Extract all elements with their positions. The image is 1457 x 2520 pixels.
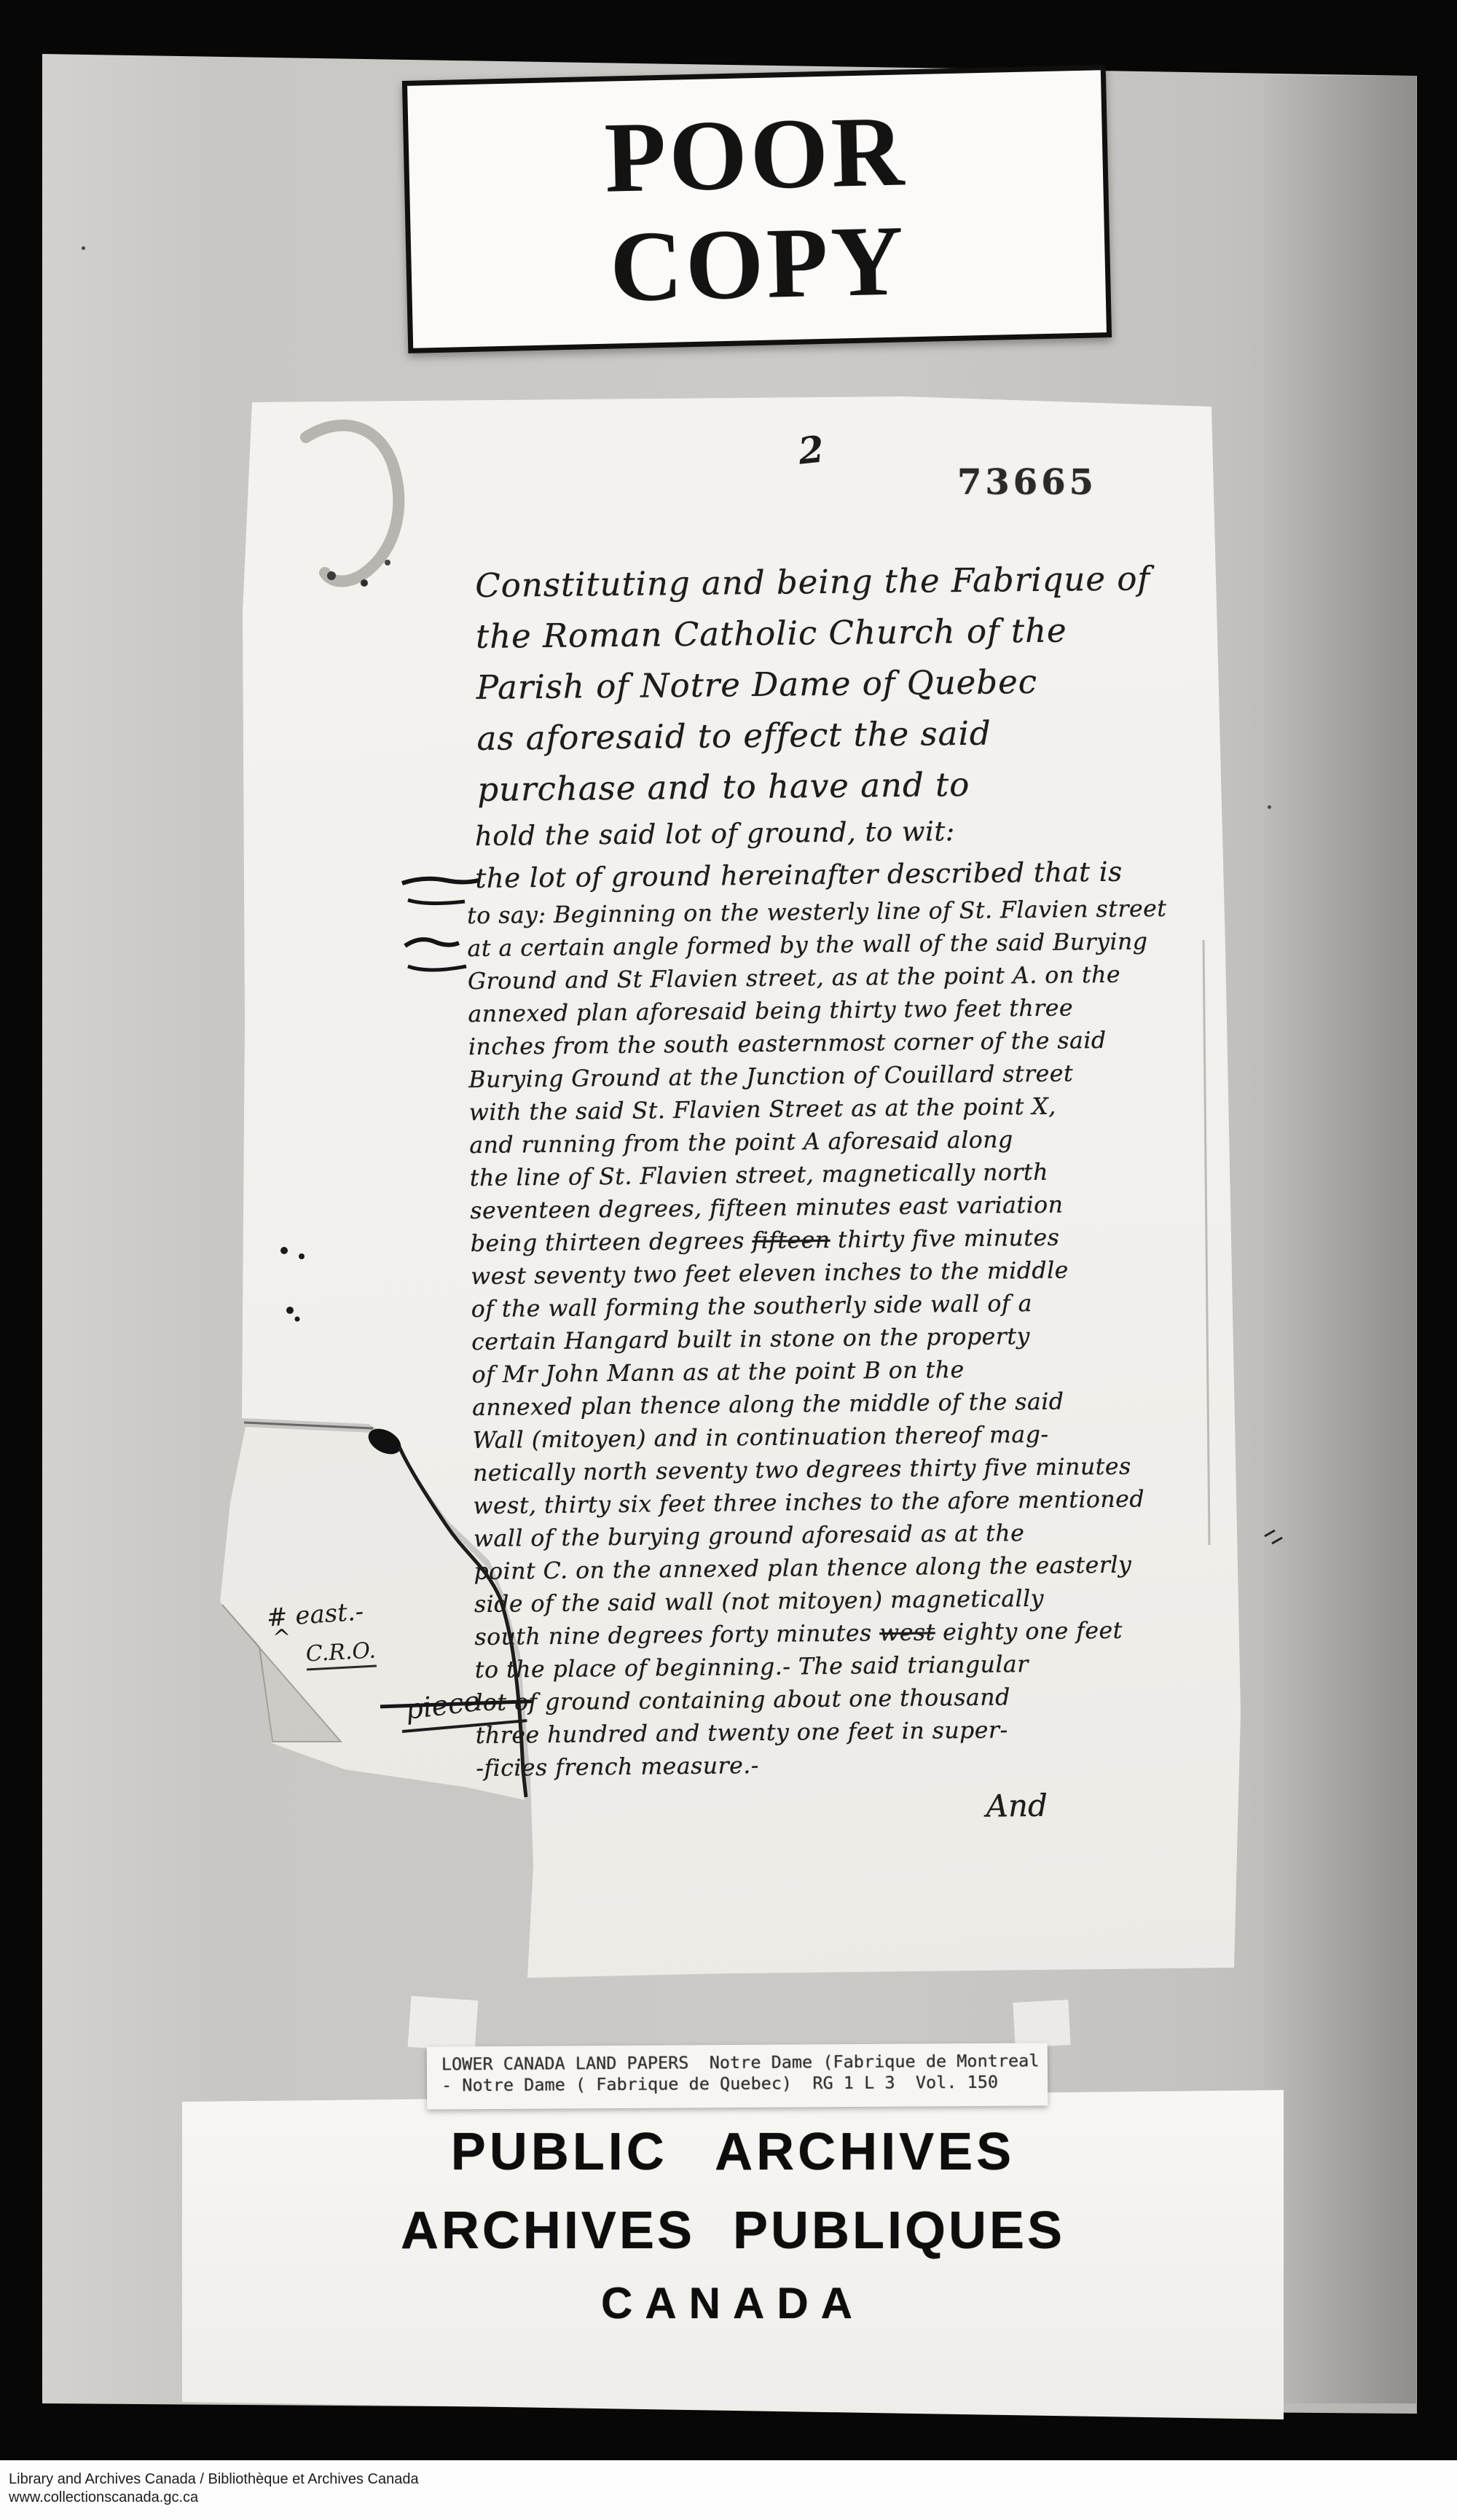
margin-note-cro: C.R.O.	[305, 1638, 377, 1671]
paper-tab-left	[408, 1996, 479, 2051]
manuscript-line: Constituting and being the Fabrique of	[475, 552, 1239, 611]
archives-line-2: ARCHIVES PUBLIQUES	[182, 2201, 1284, 2261]
typed-label: LOWER CANADA LAND PAPERS Notre Dame (Fab…	[427, 2043, 1048, 2109]
manuscript-line: purchase and to have and to	[477, 756, 1241, 815]
paper-tab-right	[1013, 2000, 1070, 2048]
manuscript-line: as aforesaid to effect the said	[476, 705, 1241, 764]
manuscript-line: And	[275, 1777, 1252, 1840]
archives-line-3: CANADA	[182, 2278, 1284, 2328]
poor-copy-line-1: POOR	[603, 96, 908, 212]
right-edge-shadow	[1260, 76, 1416, 2403]
attribution-url: www.collectionscanada.gc.ca	[9, 2489, 1457, 2507]
manuscript-lines: Constituting and being the Fabrique ofth…	[262, 552, 1252, 1840]
margin-note-caret: ^	[272, 1625, 291, 1651]
page-number: 2	[796, 427, 826, 472]
poor-copy-line-2: COPY	[609, 206, 908, 321]
manuscript-line: Parish of Notre Dame of Quebec	[476, 654, 1240, 713]
stamp-number: 73665	[957, 462, 1097, 503]
poor-copy-card: POOR COPY	[402, 65, 1112, 353]
attribution-line: Library and Archives Canada / Bibliothèq…	[9, 2470, 1457, 2489]
attribution-bar: Library and Archives Canada / Bibliothèq…	[0, 2460, 1457, 2520]
manuscript-line: the Roman Catholic Church of the	[476, 603, 1240, 662]
label-line-2: - Notre Dame ( Fabrique de Quebec) RG 1 …	[441, 2071, 1048, 2096]
archives-line-1: PUBLIC ARCHIVES	[182, 2122, 1284, 2182]
microfilm-scan: POOR COPY Constituting and being the Fab…	[0, 0, 1457, 2520]
archives-card: PUBLIC ARCHIVES ARCHIVES PUBLIQUES CANAD…	[182, 2090, 1284, 2419]
